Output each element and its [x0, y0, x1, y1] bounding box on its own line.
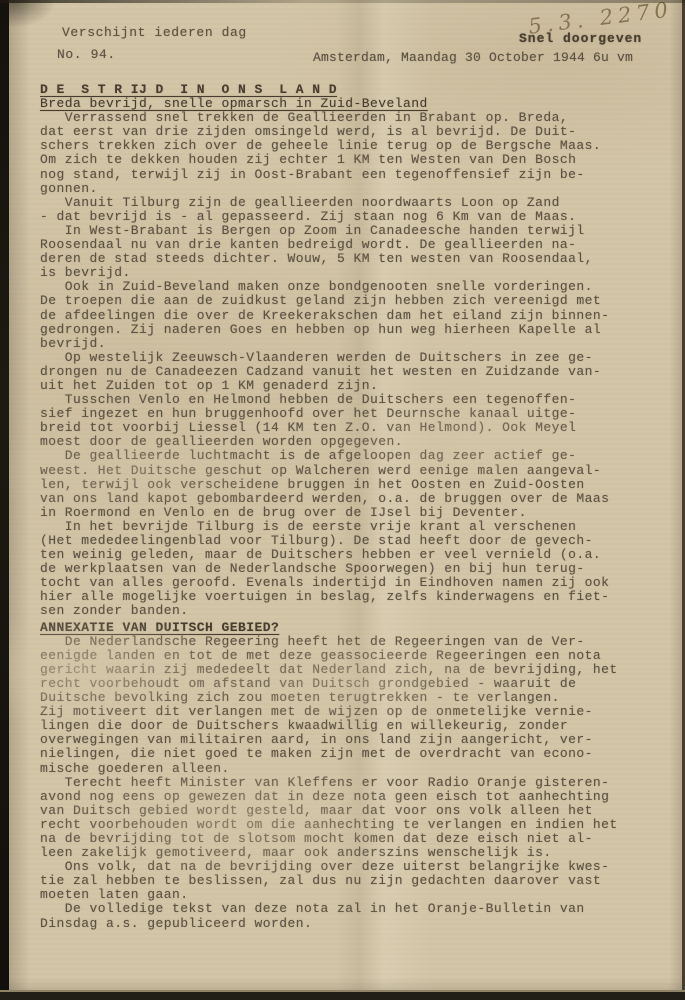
- paragraph: Verrassend snel trekken de Geallieerden …: [40, 111, 672, 196]
- text-line: recht voorbehouden wordt om die aanhecht…: [40, 818, 672, 832]
- text-line: Verrassend snel trekken de Geallieerden …: [40, 111, 672, 125]
- section-paragraphs: De Nederlandsche Regeering heeft het de …: [40, 635, 672, 931]
- text-line: in Roermond en Venlo en de brug over de …: [40, 506, 672, 520]
- text-line: De geallieerde luchtmacht is de afgeloop…: [40, 449, 672, 463]
- text-line: Om zich te dekken houden zij echter 1 KM…: [40, 153, 672, 167]
- dateline: Amsterdam, Maandag 30 October 1944 6u vm: [313, 50, 633, 65]
- section-strijd-in-ons-land: D E S T R IJ D I N O N S L A N D Breda b…: [40, 83, 672, 619]
- text-line: drongen nu de Canadeezen Cadzand vanuit …: [40, 365, 672, 379]
- text-line: Dinsdag a.s. gepubliceerd worden.: [40, 917, 672, 931]
- paragraph: Terecht heeft Minister van Kleffens er v…: [40, 776, 672, 861]
- section-paragraphs: Verrassend snel trekken de Geallieerden …: [40, 111, 672, 618]
- paragraph: De volledige tekst van deze nota zal in …: [40, 902, 672, 930]
- paragraph: Tusschen Venlo en Helmond hebben de Duit…: [40, 393, 672, 449]
- paragraph: Ons volk, dat na de bevrijding over deze…: [40, 860, 672, 902]
- text-line: tie zal hebben te beslissen, zal dus nu …: [40, 874, 672, 888]
- text-line: gedrongen. Zij naderen Goes en hebben op…: [40, 323, 672, 337]
- paragraph: Vanuit Tilburg zijn de geallieerden noor…: [40, 196, 672, 224]
- text-line: Ook in Zuid-Beveland maken onze bondgeno…: [40, 280, 672, 294]
- text-line: ten weinig geleden, maar de Duitschers h…: [40, 548, 672, 562]
- text-line: - dat bevrijd is - al gepasseerd. Zij st…: [40, 210, 672, 224]
- section-annexatie: ANNEXATIE VAN DUITSCH GEBIED? De Nederla…: [40, 621, 672, 931]
- section-title: D E S T R IJ D I N O N S L A N D: [40, 83, 672, 97]
- paragraph: Ook in Zuid-Beveland maken onze bondgeno…: [40, 280, 672, 350]
- pass-on-notice: Snel doorgeven: [519, 31, 642, 46]
- text-line: sen zonder banden.: [40, 604, 672, 618]
- scanned-newspaper-page: 5.3. 2270 Verschijnt iederen dag No. 94.…: [0, 0, 685, 1000]
- scan-edge-left: [0, 0, 9, 1000]
- text-line: deren de stad steeds dichter. Wouw, 5 KM…: [40, 252, 672, 266]
- text-line: Tusschen Venlo en Helmond hebben de Duit…: [40, 393, 672, 407]
- scan-edge-bottom: [0, 990, 685, 1000]
- issue-number: No. 94.: [57, 47, 116, 62]
- text-line: schers trekken zich over de geheele lini…: [40, 139, 672, 153]
- text-line: moeten laten gaan.: [40, 888, 672, 902]
- text-line: tocht van alles geroofd. Evenals inderti…: [40, 576, 672, 590]
- paragraph: De geallieerde luchtmacht is de afgeloop…: [40, 449, 672, 519]
- text-line: de afdeelingen die over de Kreekeraksche…: [40, 309, 672, 323]
- text-line: (Het mededeelingenblad voor Tilburg). De…: [40, 534, 672, 548]
- text-line: Ons volk, dat na de bevrijding over deze…: [40, 860, 672, 874]
- text-line: eenigde landen en tot de met deze geasso…: [40, 649, 672, 663]
- text-line: de werkplaatsen van de Nederlandsche Spo…: [40, 562, 672, 576]
- text-line: In West-Brabant is Bergen op Zoom in Can…: [40, 224, 672, 238]
- text-line: De volledige tekst van deze nota zal in …: [40, 902, 672, 916]
- paragraph: In het bevrijde Tilburg is de eerste vri…: [40, 520, 672, 619]
- text-line: recht voorbehoudt om afstand van Duitsch…: [40, 677, 672, 691]
- text-line: overwegingen van militairen aard, in ons…: [40, 733, 672, 747]
- section-subtitle: Breda bevrijd, snelle opmarsch in Zuid-B…: [40, 97, 672, 111]
- text-line: bevrijd.: [40, 337, 672, 351]
- section-title: ANNEXATIE VAN DUITSCH GEBIED?: [40, 621, 672, 635]
- text-line: weest. Het Duitsche geschut op Walcheren…: [40, 464, 672, 478]
- text-line: Duitsche bevolking zich zou moeten terug…: [40, 691, 672, 705]
- text-line: hier alle mogelijke voertuigen in beslag…: [40, 590, 672, 604]
- paragraph: In West-Brabant is Bergen op Zoom in Can…: [40, 224, 672, 280]
- text-line: mische goederen alleen.: [40, 762, 672, 776]
- text-line: De Nederlandsche Regeering heeft het de …: [40, 635, 672, 649]
- text-line: nielingen, die niet goed te maken zijn m…: [40, 747, 672, 761]
- text-line: breid tot voorbij Liessel (14 KM ten Z.O…: [40, 421, 672, 435]
- text-line: lingen die door de Duitschers kwaadwilli…: [40, 719, 672, 733]
- publication-frequency: Verschijnt iederen dag: [62, 25, 247, 40]
- article-body: D E S T R IJ D I N O N S L A N D Breda b…: [40, 83, 672, 931]
- text-line: gericht waarin zij mededeelt dat Nederla…: [40, 663, 672, 677]
- text-line: De troepen die aan de zuidkust geland zi…: [40, 294, 672, 308]
- text-line: Terecht heeft Minister van Kleffens er v…: [40, 776, 672, 790]
- text-line: Zij motiveert dit verlangen met de wijze…: [40, 705, 672, 719]
- text-line: leen zakelijk gemotiveerd, maar ook ande…: [40, 846, 672, 860]
- text-line: avond nog eens op gewezen dat in deze no…: [40, 790, 672, 804]
- text-line: van Duitsch gebied wordt gesteld, maar d…: [40, 804, 672, 818]
- paragraph: De Nederlandsche Regeering heeft het de …: [40, 635, 672, 776]
- text-line: uit het Zuiden tot op 1 KM genaderd zijn…: [40, 379, 672, 393]
- text-line: moest door de geallieerden worden opgege…: [40, 435, 672, 449]
- text-line: Vanuit Tilburg zijn de geallieerden noor…: [40, 196, 672, 210]
- text-line: Op westelijk Zeeuwsch-Vlaanderen werden …: [40, 351, 672, 365]
- text-line: len, terwijl ook verscheidene bruggen in…: [40, 478, 672, 492]
- text-line: Roosendaal nu van drie kanten bedreigd w…: [40, 238, 672, 252]
- text-line: gonnen.: [40, 182, 672, 196]
- text-line: is bevrijd.: [40, 266, 672, 280]
- text-line: na de bevrijding tot de slotsom mocht ko…: [40, 832, 672, 846]
- paragraph: Op westelijk Zeeuwsch-Vlaanderen werden …: [40, 351, 672, 393]
- text-line: nog stand, terwijl zij in Oost-Brabant e…: [40, 168, 672, 182]
- text-line: van ons land kapot gebombardeerd werden,…: [40, 492, 672, 506]
- scan-edge-top: [0, 0, 685, 3]
- text-line: dat eerst van drie zijden omsingeld werd…: [40, 125, 672, 139]
- text-line: sief ingezet en hun bruggenhoofd over he…: [40, 407, 672, 421]
- text-line: In het bevrijde Tilburg is de eerste vri…: [40, 520, 672, 534]
